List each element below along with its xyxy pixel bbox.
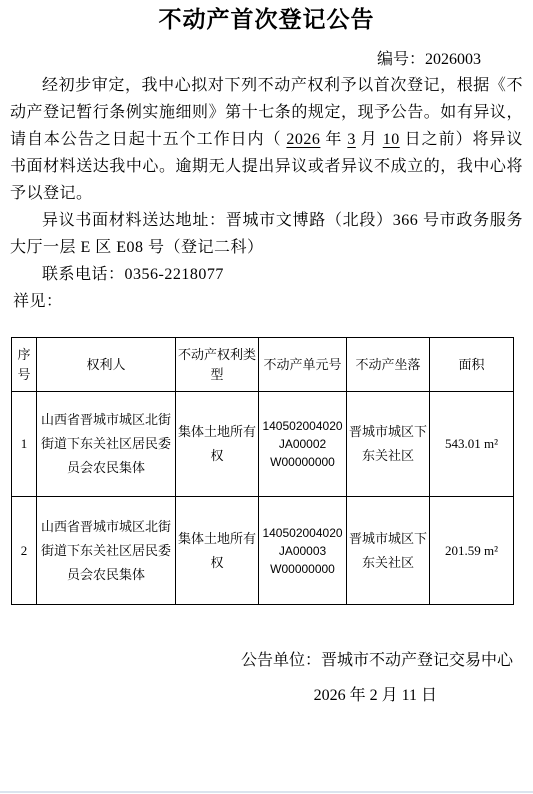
cell-unit-no: 140502004020 JA00002 W00000000 xyxy=(259,392,347,497)
header-unit-no: 不动产单元号 xyxy=(259,338,347,392)
page-title: 不动产首次登记公告 xyxy=(0,6,533,34)
announcement-date: 2026 年 2 月 11 日 xyxy=(0,682,533,709)
announcing-unit: 公告单位：晋城市不动产登记交易中心 xyxy=(0,647,533,674)
see-below-label: 祥见： xyxy=(10,288,523,315)
cell-serial: 1 xyxy=(12,392,37,497)
deadline-year: 2026 xyxy=(286,131,320,148)
notice-paragraph: 经初步审定，我中心拟对下列不动产权利予以首次登记，根据《不动产登记暂行条例实施细… xyxy=(10,72,523,207)
unit-no-line: JA00002 xyxy=(261,435,344,453)
unit-no-line: W00000000 xyxy=(261,560,344,578)
unit-no-line: W00000000 xyxy=(261,453,344,471)
unit-no-line: 140502004020 xyxy=(261,417,344,435)
header-serial: 序号 xyxy=(12,338,37,392)
table-row: 1 山西省晋城市城区北街街道下东关社区居民委员会农民集体 集体土地所有权 140… xyxy=(12,392,514,497)
header-location: 不动产坐落 xyxy=(347,338,430,392)
notice-text-3: 月 xyxy=(356,131,383,148)
cell-right-type: 集体土地所有权 xyxy=(176,392,259,497)
deadline-month: 3 xyxy=(347,131,356,148)
header-area: 面积 xyxy=(430,338,514,392)
announcement-document: 不动产首次登记公告 编号：2026003 经初步审定，我中心拟对下列不动产权利予… xyxy=(0,0,533,794)
table-header-row: 序号 权利人 不动产权利类型 不动产单元号 不动产坐落 面积 xyxy=(12,338,514,392)
doc-number: 编号：2026003 xyxy=(0,48,533,72)
cell-owner: 山西省晋城市城区北街街道下东关社区居民委员会农民集体 xyxy=(37,392,176,497)
cell-serial: 2 xyxy=(12,497,37,605)
cell-owner: 山西省晋城市城区北街街道下东关社区居民委员会农民集体 xyxy=(37,497,176,605)
cell-unit-no: 140502004020 JA00003 W00000000 xyxy=(259,497,347,605)
header-right-type: 不动产权利类型 xyxy=(176,338,259,392)
registration-table: 序号 权利人 不动产权利类型 不动产单元号 不动产坐落 面积 1 山西省晋城市城… xyxy=(11,337,514,605)
bottom-edge-strip xyxy=(0,791,533,793)
unit-no-line: JA00003 xyxy=(261,542,344,560)
cell-area: 201.59 m² xyxy=(430,497,514,605)
deadline-day: 10 xyxy=(383,131,400,148)
header-owner: 权利人 xyxy=(37,338,176,392)
phone-paragraph: 联系电话：0356-2218077 xyxy=(10,261,523,288)
unit-no-line: 140502004020 xyxy=(261,524,344,542)
cell-location: 晋城市城区下东关社区 xyxy=(347,392,430,497)
table-row: 2 山西省晋城市城区北街街道下东关社区居民委员会农民集体 集体土地所有权 140… xyxy=(12,497,514,605)
notice-text-2: 年 xyxy=(320,131,347,148)
cell-location: 晋城市城区下东关社区 xyxy=(347,497,430,605)
cell-area: 543.01 m² xyxy=(430,392,514,497)
address-paragraph: 异议书面材料送达地址：晋城市文博路（北段）366 号市政务服务大厅一层 E 区 … xyxy=(10,207,523,261)
cell-right-type: 集体土地所有权 xyxy=(176,497,259,605)
